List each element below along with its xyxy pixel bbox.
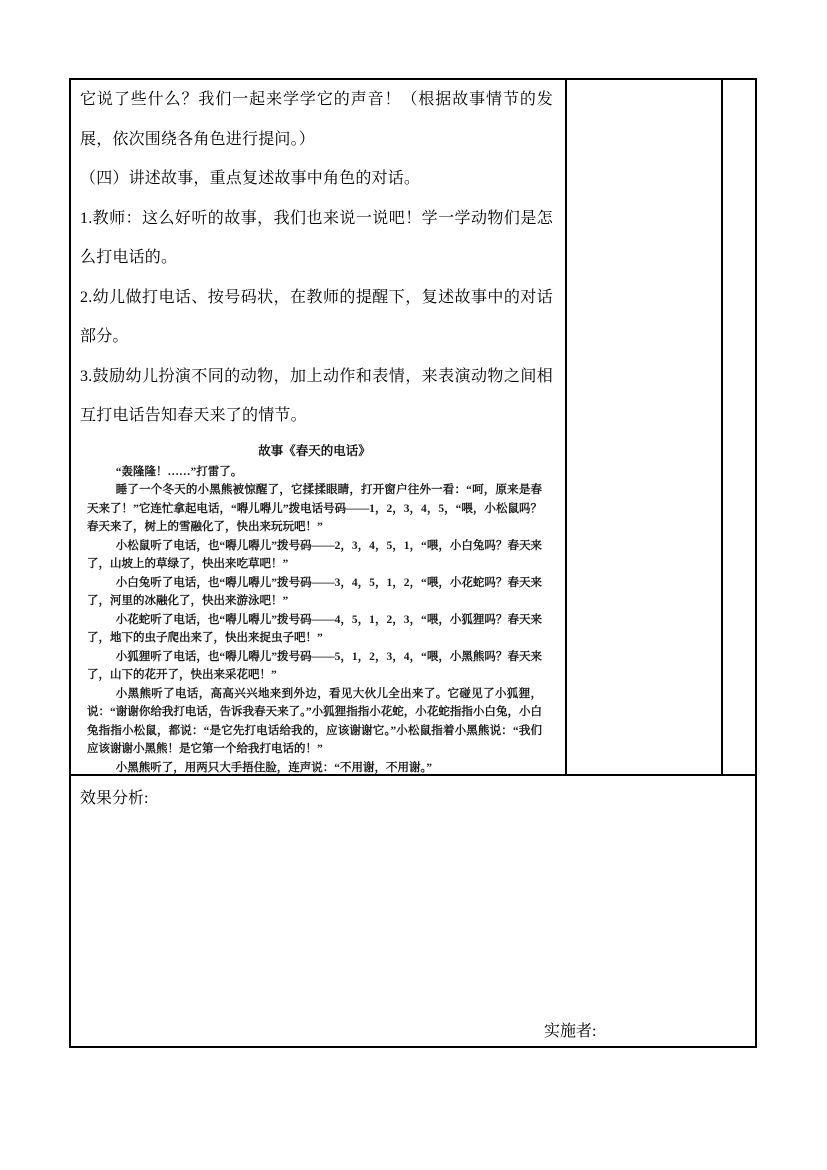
- activity-process-cell: 它说了些什么？我们一起来学学它的声音！（根据故事情节的发展，依次围绕各角色进行提…: [71, 80, 567, 776]
- lesson-plan-table: 它说了些什么？我们一起来学学它的声音！（根据故事情节的发展，依次围绕各角色进行提…: [69, 78, 757, 1048]
- story-title: 故事《春天的电话》: [87, 442, 542, 461]
- story-paragraph: 小狐狸听了电话，也“嘚儿嘚儿”拨号码——5，1，2，3，4，“喂，小黑熊吗？春天…: [87, 648, 542, 685]
- activity-paragraph: 1.教师：这么好听的故事，我们也来说一说吧！学一学动物们是怎么打电话的。: [80, 199, 553, 278]
- story-paragraph: 小松鼠听了电话，也“嘚儿嘚儿”拨号码——2，3，4，5，1，“喂，小白兔吗？春天…: [87, 537, 542, 574]
- effect-analysis-label: 效果分析:: [80, 788, 755, 810]
- implementer-label: 实施者:: [544, 1022, 596, 1042]
- activity-paragraph: 它说了些什么？我们一起来学学它的声音！（根据故事情节的发展，依次围绕各角色进行提…: [80, 80, 553, 159]
- story-paragraph: 睡了一个冬天的小黑熊被惊醒了，它揉揉眼睛，打开窗户往外一看：“呵，原来是春天来了…: [87, 481, 542, 537]
- story-paragraph: “轰隆隆！……”打雷了。: [87, 463, 542, 482]
- side-notes-cell: [567, 80, 723, 776]
- right-margin-cell: [723, 80, 755, 776]
- activity-paragraph: 3.鼓励幼儿扮演不同的动物，加上动作和表情，来表演动物之间相互打电话告知春天来了…: [80, 357, 553, 436]
- story-paragraph: 小白兔听了电话，也“嘚儿嘚儿”拨号码——3，4，5，1，2，“喂，小花蛇吗？春天…: [87, 574, 542, 611]
- activity-paragraph: （四）讲述故事，重点复述故事中角色的对话。: [80, 159, 553, 199]
- document-page: 它说了些什么？我们一起来学学它的声音！（根据故事情节的发展，依次围绕各角色进行提…: [0, 0, 827, 1170]
- story-paragraph: 小黑熊听了电话，高高兴兴地来到外边，看见大伙儿全出来了。它碰见了小狐狸，说：“谢…: [87, 685, 542, 759]
- story-block: 故事《春天的电话》 “轰隆隆！……”打雷了。 睡了一个冬天的小黑熊被惊醒了，它揉…: [87, 442, 542, 777]
- story-paragraph: 小黑熊听了，用两只大手捂住脸，连声说：“不用谢，不用谢。”: [87, 759, 542, 777]
- activity-process-text: 它说了些什么？我们一起来学学它的声音！（根据故事情节的发展，依次围绕各角色进行提…: [80, 80, 553, 436]
- story-paragraph: 小花蛇听了电话，也“嘚儿嘚儿”拨号码——4，5，1，2，3，“喂，小狐狸吗？春天…: [87, 611, 542, 648]
- activity-paragraph: 2.幼儿做打电话、按号码状，在教师的提醒下，复述故事中的对话部分。: [80, 278, 553, 357]
- effect-analysis-cell: 效果分析: 实施者:: [71, 776, 755, 1046]
